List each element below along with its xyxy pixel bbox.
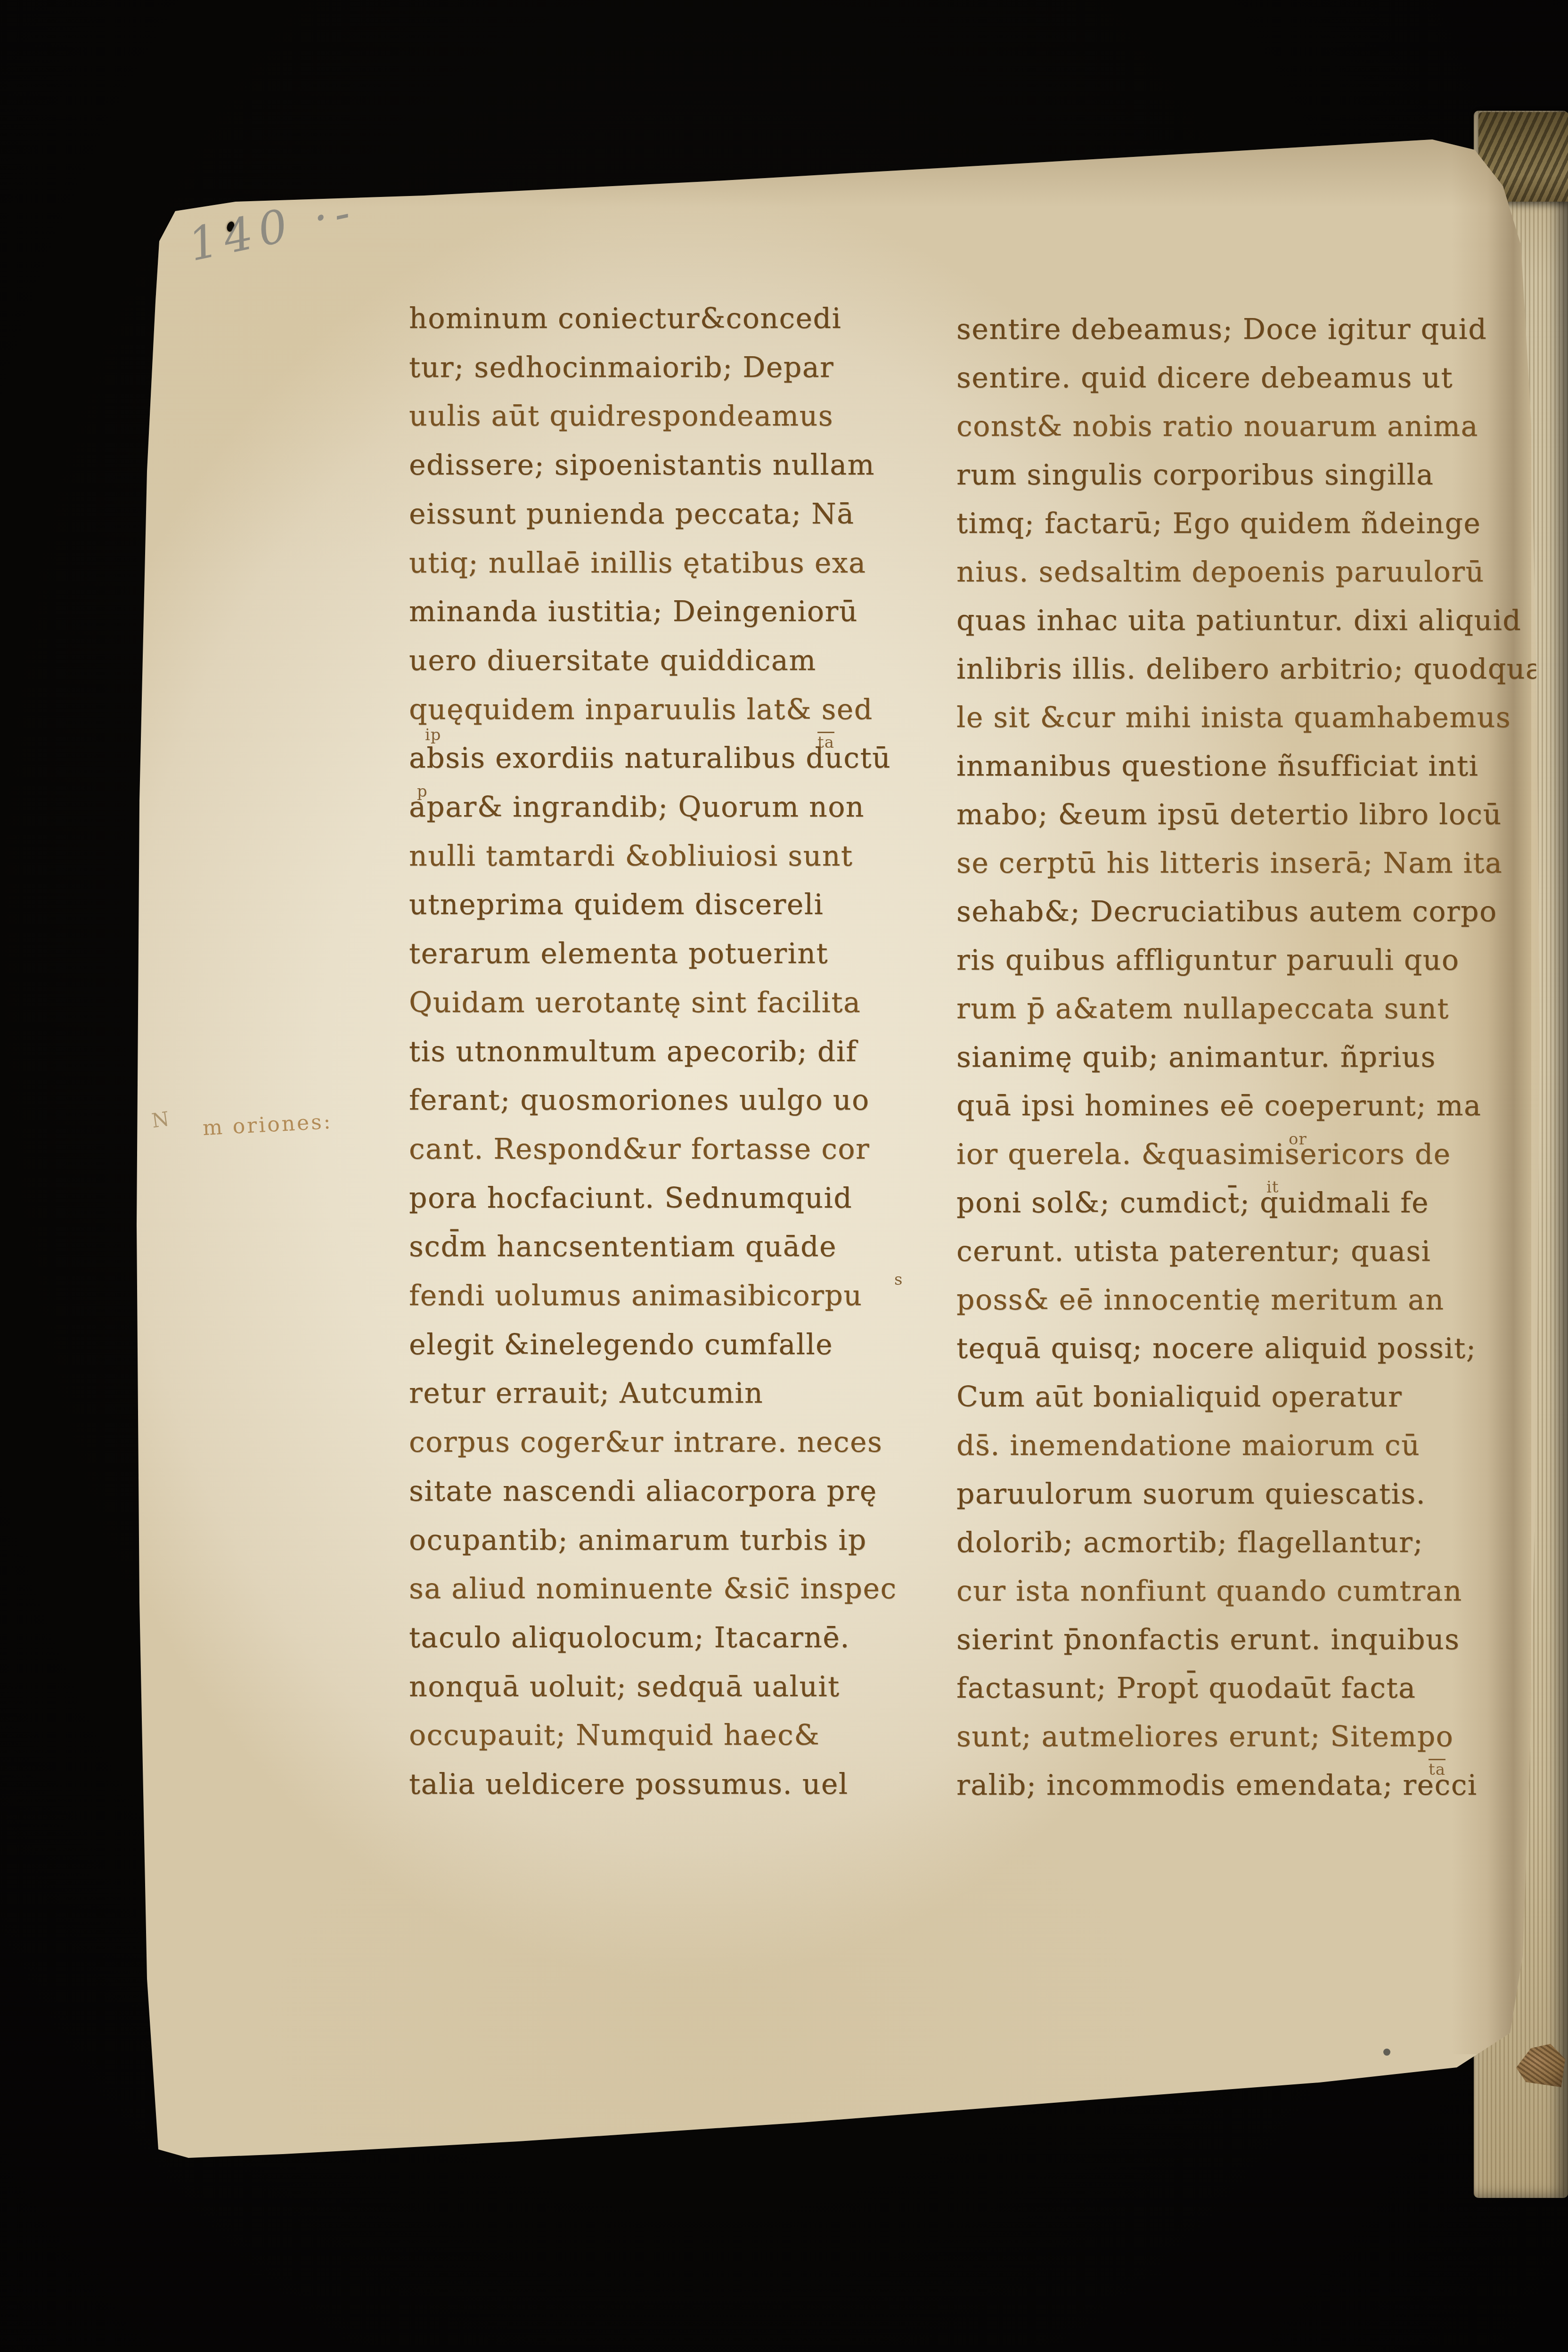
manuscript-line: utiq; nullaē inillis ętatibus exa bbox=[409, 539, 897, 588]
manuscript-line: tis utnonmultum apecorib; dif bbox=[409, 1028, 897, 1077]
text-column-right: sentire debeamus; Doce igitur quidsentir… bbox=[956, 305, 1543, 1810]
margin-note: m oriones: bbox=[202, 1110, 333, 1140]
folio-number: 140 ·- bbox=[184, 185, 361, 272]
interlinear-correction: ta bbox=[1429, 1760, 1445, 1779]
manuscript-line: taculo aliquolocum; Itacarnē. bbox=[409, 1614, 897, 1663]
interlinear-correction: s bbox=[894, 1270, 903, 1289]
photo-background: 140 ·- N m oriones: hominum coniectur&co… bbox=[0, 0, 1568, 2352]
manuscript-line: utneprima quidem discereli bbox=[409, 881, 897, 930]
manuscript-line: sa aliud nominuente &sic̄ inspec bbox=[409, 1565, 897, 1614]
manuscript-line: sierint p̄nonfactis erunt. inquibus bbox=[956, 1616, 1543, 1664]
manuscript-line: ferant; quosmoriones uulgo uo bbox=[409, 1076, 897, 1125]
manuscript-line: paruulorum suorum quiescatis. bbox=[956, 1470, 1543, 1519]
manuscript-line: cant. Respond&ur fortasse cor bbox=[409, 1125, 897, 1174]
manuscript-line: timq; factarū; Ego quidem ñdeinge bbox=[956, 499, 1543, 548]
interlinear-correction: p bbox=[417, 782, 428, 801]
manuscript-line: fendi uolumus animasibicorpu bbox=[409, 1272, 897, 1321]
manuscript-line: dolorib; acmortib; flagellantur; bbox=[956, 1519, 1543, 1567]
manuscript-line: nius. sedsaltim depoenis paruulorū bbox=[956, 548, 1543, 596]
wormhole-dot bbox=[1383, 2049, 1390, 2056]
manuscript-line: ds̄. inemendatione maiorum cū bbox=[956, 1421, 1543, 1470]
interlinear-correction: ip bbox=[425, 726, 441, 744]
manuscript-line: sunt; autmeliores erunt; Sitempo bbox=[956, 1713, 1543, 1761]
manuscript-line: inmanibus questione ñsufficiat inti bbox=[956, 742, 1543, 791]
manuscript-line: quas inhac uita patiuntur. dixi aliquid bbox=[956, 596, 1543, 645]
manuscript-line: retur errauit; Autcumin bbox=[409, 1369, 897, 1418]
manuscript-line: minanda iustitia; Deingeniorū bbox=[409, 588, 897, 637]
manuscript-line: quā ipsi homines eē coeperunt; ma bbox=[956, 1082, 1543, 1130]
manuscript-line: inlibris illis. delibero arbitrio; quodq… bbox=[956, 645, 1543, 694]
interlinear-correction: it bbox=[1266, 1178, 1279, 1197]
manuscript-line: tequā quisq; nocere aliquid possit; bbox=[956, 1324, 1543, 1373]
manuscript-line: pora hocfaciunt. Sednumquid bbox=[409, 1174, 897, 1223]
text-column-left: hominum coniectur&conceditur; sedhocinma… bbox=[409, 294, 897, 1809]
manuscript-page: 140 ·- N m oriones: hominum coniectur&co… bbox=[0, 0, 1568, 2352]
manuscript-line: talia ueldicere possumus. uel bbox=[409, 1760, 897, 1809]
manuscript-line: mabo; &eum ipsū detertio libro locū bbox=[956, 791, 1543, 839]
page-top-shading bbox=[141, 137, 1536, 207]
manuscript-line: se cerptū his litteris inserā; Nam ita bbox=[956, 839, 1543, 888]
manuscript-line: elegit &inelegendo cumfalle bbox=[409, 1321, 897, 1370]
manuscript-line: corpus coger&ur intrare. neces bbox=[409, 1418, 897, 1467]
manuscript-line: Quidam uerotantę sint facilita bbox=[409, 979, 897, 1028]
manuscript-line: cerunt. utista paterentur; quasi bbox=[956, 1227, 1543, 1276]
manuscript-line: sentire. quid dicere debeamus ut bbox=[956, 354, 1543, 402]
manuscript-line: cur ista nonfiunt quando cumtran bbox=[956, 1567, 1543, 1616]
manuscript-line: ocupantib; animarum turbis ip bbox=[409, 1516, 897, 1565]
manuscript-line: terarum elementa potuerint bbox=[409, 930, 897, 979]
manuscript-line: sentire debeamus; Doce igitur quid bbox=[956, 305, 1543, 354]
manuscript-line: ior querela. &quasimisericors de bbox=[956, 1130, 1543, 1179]
manuscript-line: rum p̄ a&atem nullapeccata sunt bbox=[956, 985, 1543, 1033]
manuscript-line: edissere; sipoenistantis nullam bbox=[409, 441, 897, 490]
manuscript-line: le sit &cur mihi inista quamhabemus bbox=[956, 694, 1543, 742]
interlinear-correction: ta bbox=[817, 733, 834, 752]
manuscript-line: uulis aūt quidrespondeamus bbox=[409, 392, 897, 441]
manuscript-line: scd̄m hancsententiam quāde bbox=[409, 1223, 897, 1272]
manuscript-line: eissunt punienda peccata; Nā bbox=[409, 490, 897, 539]
pen-mark: N bbox=[150, 1107, 171, 1133]
manuscript-line: const& nobis ratio nouarum anima bbox=[956, 402, 1543, 451]
manuscript-line: Cum aūt bonialiquid operatur bbox=[956, 1373, 1543, 1421]
manuscript-line: rum singulis corporibus singilla bbox=[956, 451, 1543, 499]
manuscript-line: apar& ingrandib; Quorum non bbox=[409, 783, 897, 832]
manuscript-line: nulli tamtardi &obliuiosi sunt bbox=[409, 832, 897, 881]
manuscript-line: uero diuersitate quiddicam bbox=[409, 637, 897, 686]
manuscript-line: poss& eē innocentię meritum an bbox=[956, 1276, 1543, 1324]
manuscript-line: sehab&; Decruciatibus autem corpo bbox=[956, 888, 1543, 936]
manuscript-line: hominum coniectur&concedi bbox=[409, 294, 897, 343]
interlinear-correction: or bbox=[1289, 1130, 1307, 1149]
manuscript-line: nonquā uoluit; sedquā ualuit bbox=[409, 1663, 897, 1712]
manuscript-line: poni sol&; cumdict̄; quidmali fe bbox=[956, 1179, 1543, 1227]
manuscript-line: sianimę quib; animantur. ñprius bbox=[956, 1033, 1543, 1082]
manuscript-line: ralib; incommodis emendata; recci bbox=[956, 1761, 1543, 1810]
manuscript-line: sitate nascendi aliacorpora prę bbox=[409, 1467, 897, 1516]
manuscript-line: occupauit; Numquid haec& bbox=[409, 1711, 897, 1760]
manuscript-line: quęquidem inparuulis lat& sed bbox=[409, 686, 897, 735]
manuscript-line: tur; sedhocinmaiorib; Depar bbox=[409, 343, 897, 392]
manuscript-line: factasunt; Propt̄ quodaūt facta bbox=[956, 1664, 1543, 1713]
manuscript-line: ris quibus affliguntur paruuli quo bbox=[956, 936, 1543, 985]
